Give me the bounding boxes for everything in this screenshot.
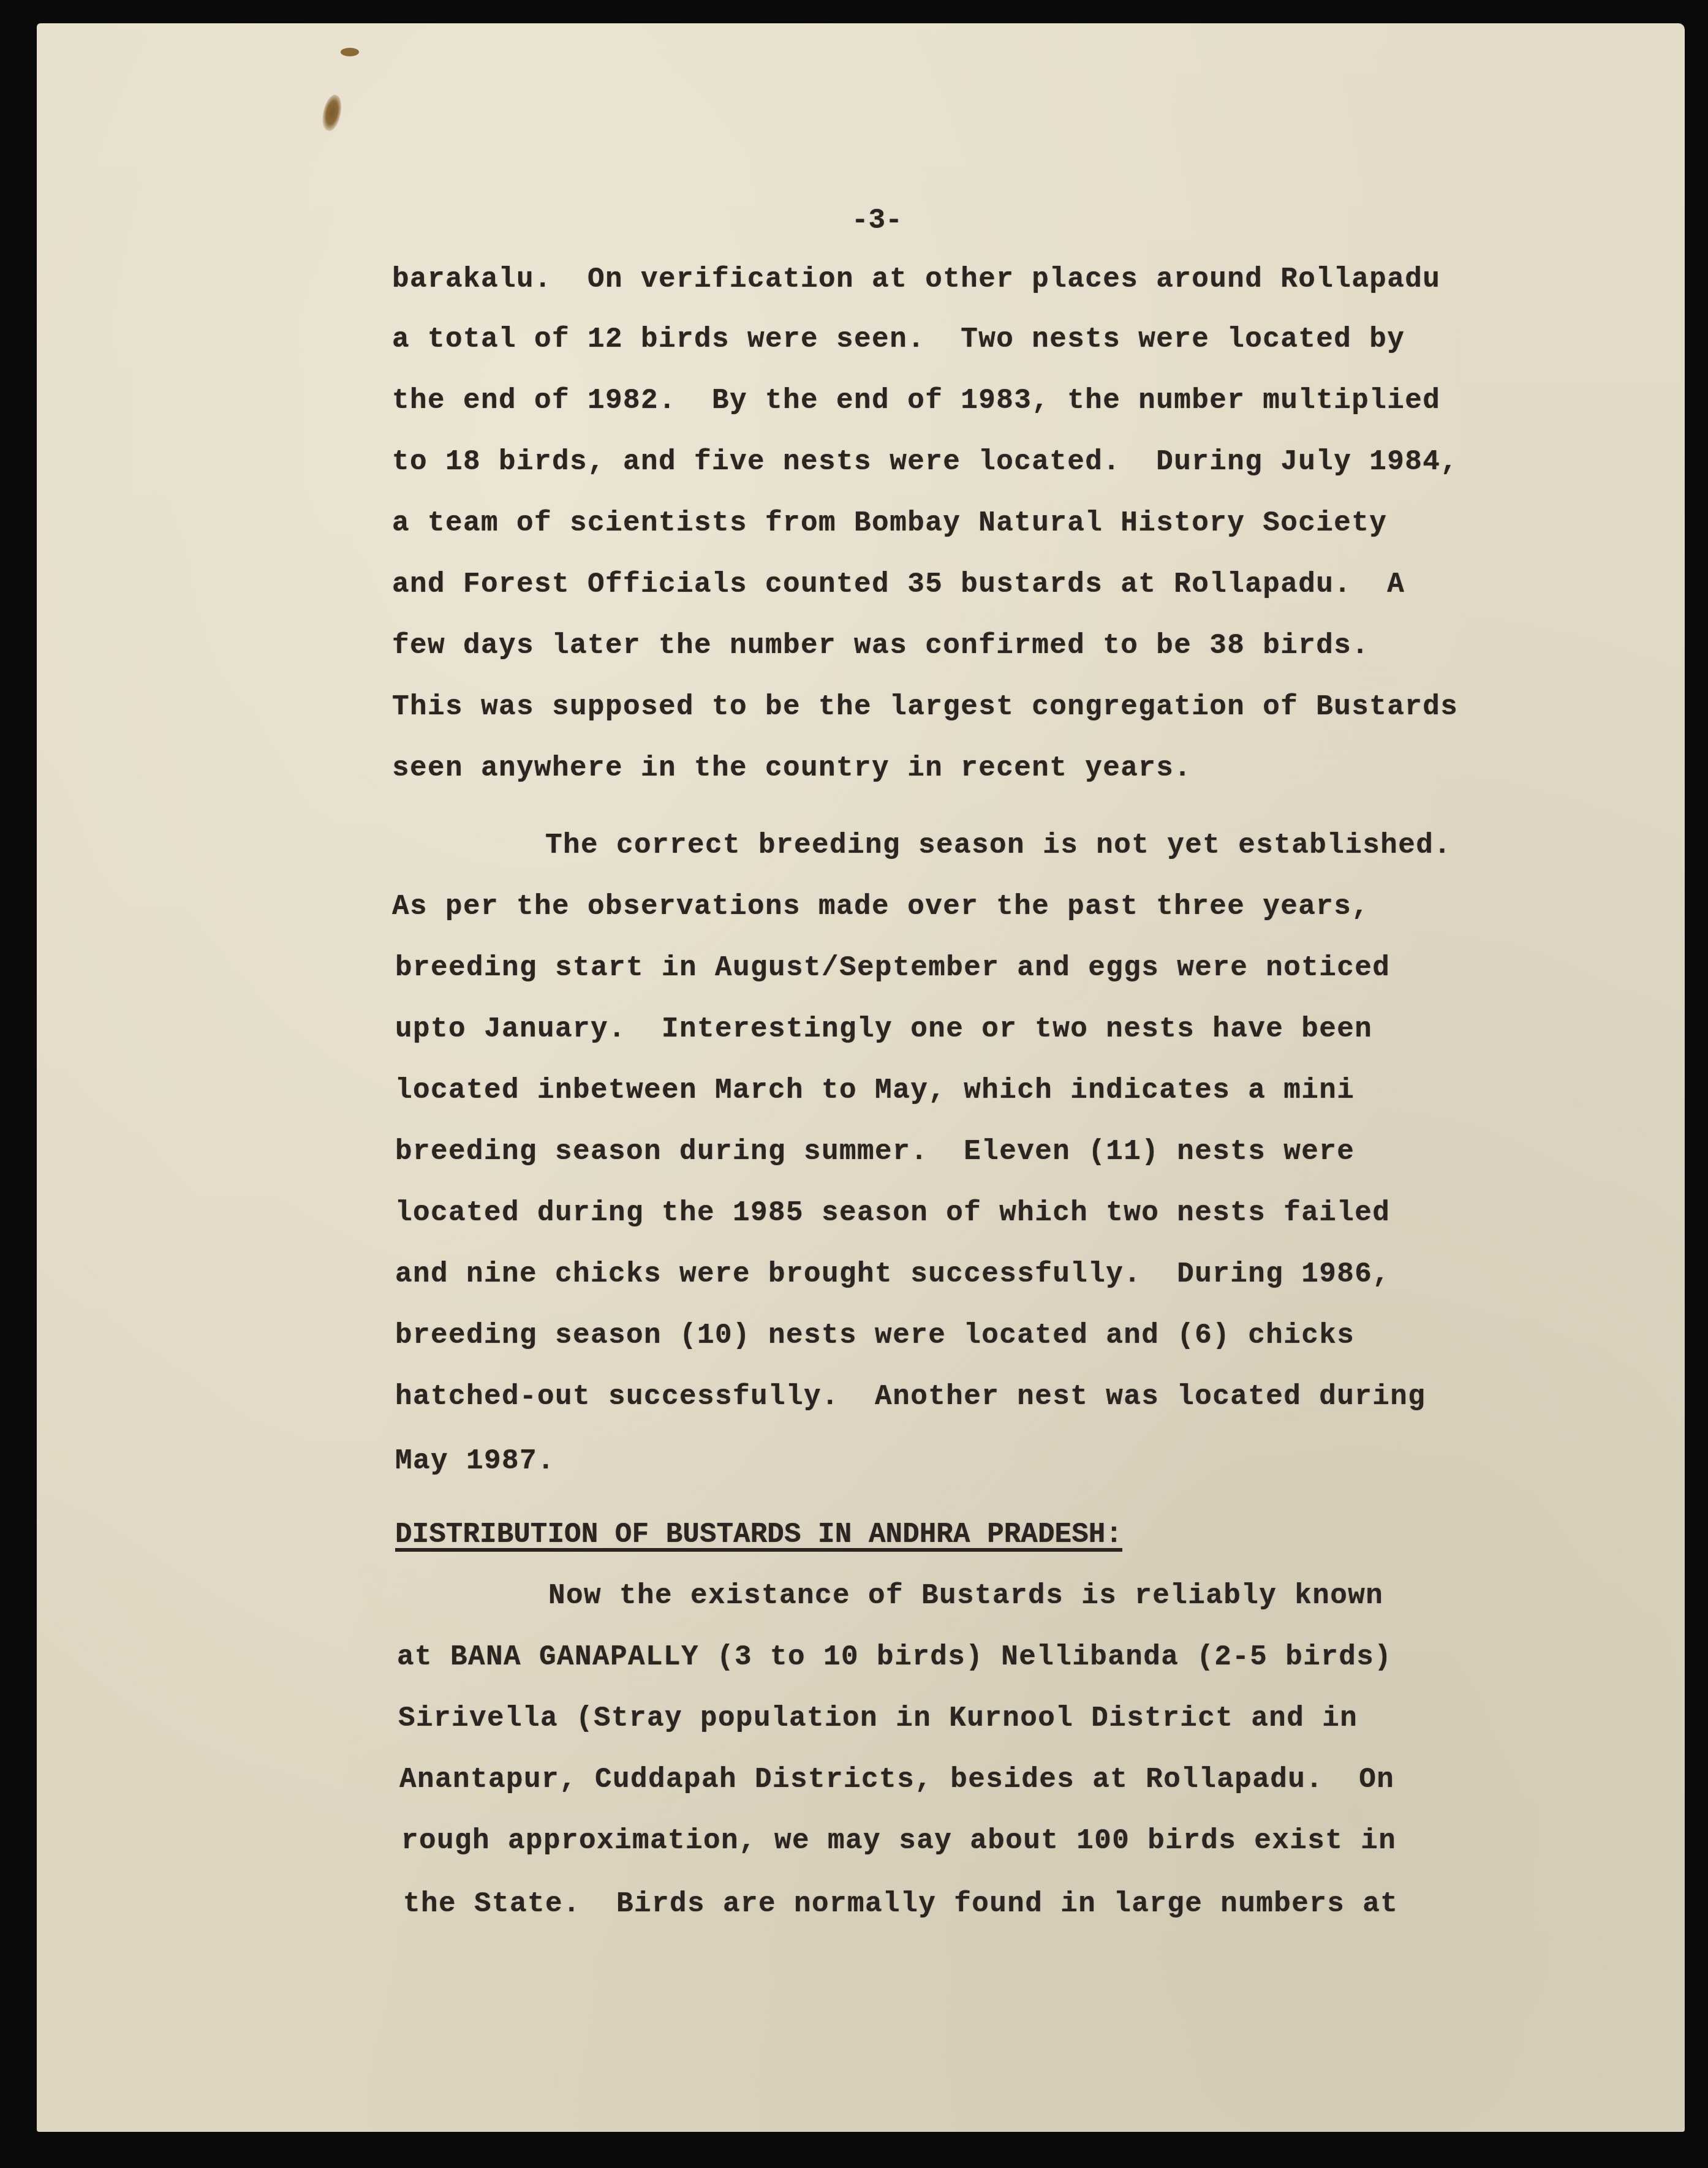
- paragraph-1-line-8: This was supposed to be the largest cong…: [392, 689, 1458, 725]
- paragraph-2-line-10: hatched-out successfully. Another nest w…: [395, 1378, 1426, 1415]
- paragraph-2-line-5: located inbetween March to May, which in…: [395, 1072, 1355, 1109]
- section-paragraph-line-6: the State. Birds are normally found in l…: [403, 1886, 1398, 1922]
- section-paragraph-line-3: Sirivella (Stray population in Kurnool D…: [398, 1700, 1358, 1737]
- paragraph-2-line-4: upto January. Interestingly one or two n…: [395, 1011, 1372, 1048]
- section-paragraph-line-2: at BANA GANAPALLY (3 to 10 birds) Nellib…: [397, 1639, 1392, 1675]
- paragraph-2-line-7: located during the 1985 season of which …: [395, 1195, 1390, 1231]
- paragraph-1-line-4: to 18 birds, and five nests were located…: [392, 444, 1458, 480]
- paragraph-2-line-6: breeding season during summer. Eleven (1…: [395, 1133, 1355, 1170]
- paragraph-1-line-6: and Forest Officials counted 35 bustards…: [392, 566, 1405, 603]
- paragraph-2-line-1: The correct breeding season is not yet e…: [545, 827, 1451, 864]
- rust-stain: [320, 93, 344, 133]
- section-paragraph-line-1: Now the existance of Bustards is reliabl…: [548, 1577, 1383, 1614]
- rust-stain-top: [341, 48, 359, 56]
- paragraph-2-line-8: and nine chicks were brought successfull…: [395, 1256, 1390, 1293]
- paragraph-1-line-7: few days later the number was confirmed …: [392, 627, 1369, 664]
- paragraph-2-line-9: breeding season (10) nests were located …: [395, 1317, 1355, 1354]
- section-paragraph-line-4: Anantapur, Cuddapah Districts, besides a…: [399, 1761, 1394, 1798]
- paragraph-2-line-11: May 1987.: [395, 1443, 555, 1479]
- paragraph-1-line-3: the end of 1982. By the end of 1983, the…: [392, 382, 1440, 419]
- paragraph-1-line-2: a total of 12 birds were seen. Two nests…: [392, 321, 1405, 358]
- paragraph-1-line-1: barakalu. On verification at other place…: [392, 261, 1440, 298]
- section-paragraph-line-5: rough approximation, we may say about 10…: [401, 1822, 1396, 1859]
- paragraph-1-line-9: seen anywhere in the country in recent y…: [392, 750, 1192, 787]
- paragraph-2-line-2: As per the observations made over the pa…: [392, 888, 1369, 925]
- section-heading: DISTRIBUTION OF BUSTARDS IN ANDHRA PRADE…: [395, 1516, 1122, 1553]
- page-number: -3-: [852, 202, 902, 239]
- paragraph-2-line-3: breeding start in August/September and e…: [395, 950, 1390, 986]
- paragraph-1-line-5: a team of scientists from Bombay Natural…: [392, 505, 1387, 542]
